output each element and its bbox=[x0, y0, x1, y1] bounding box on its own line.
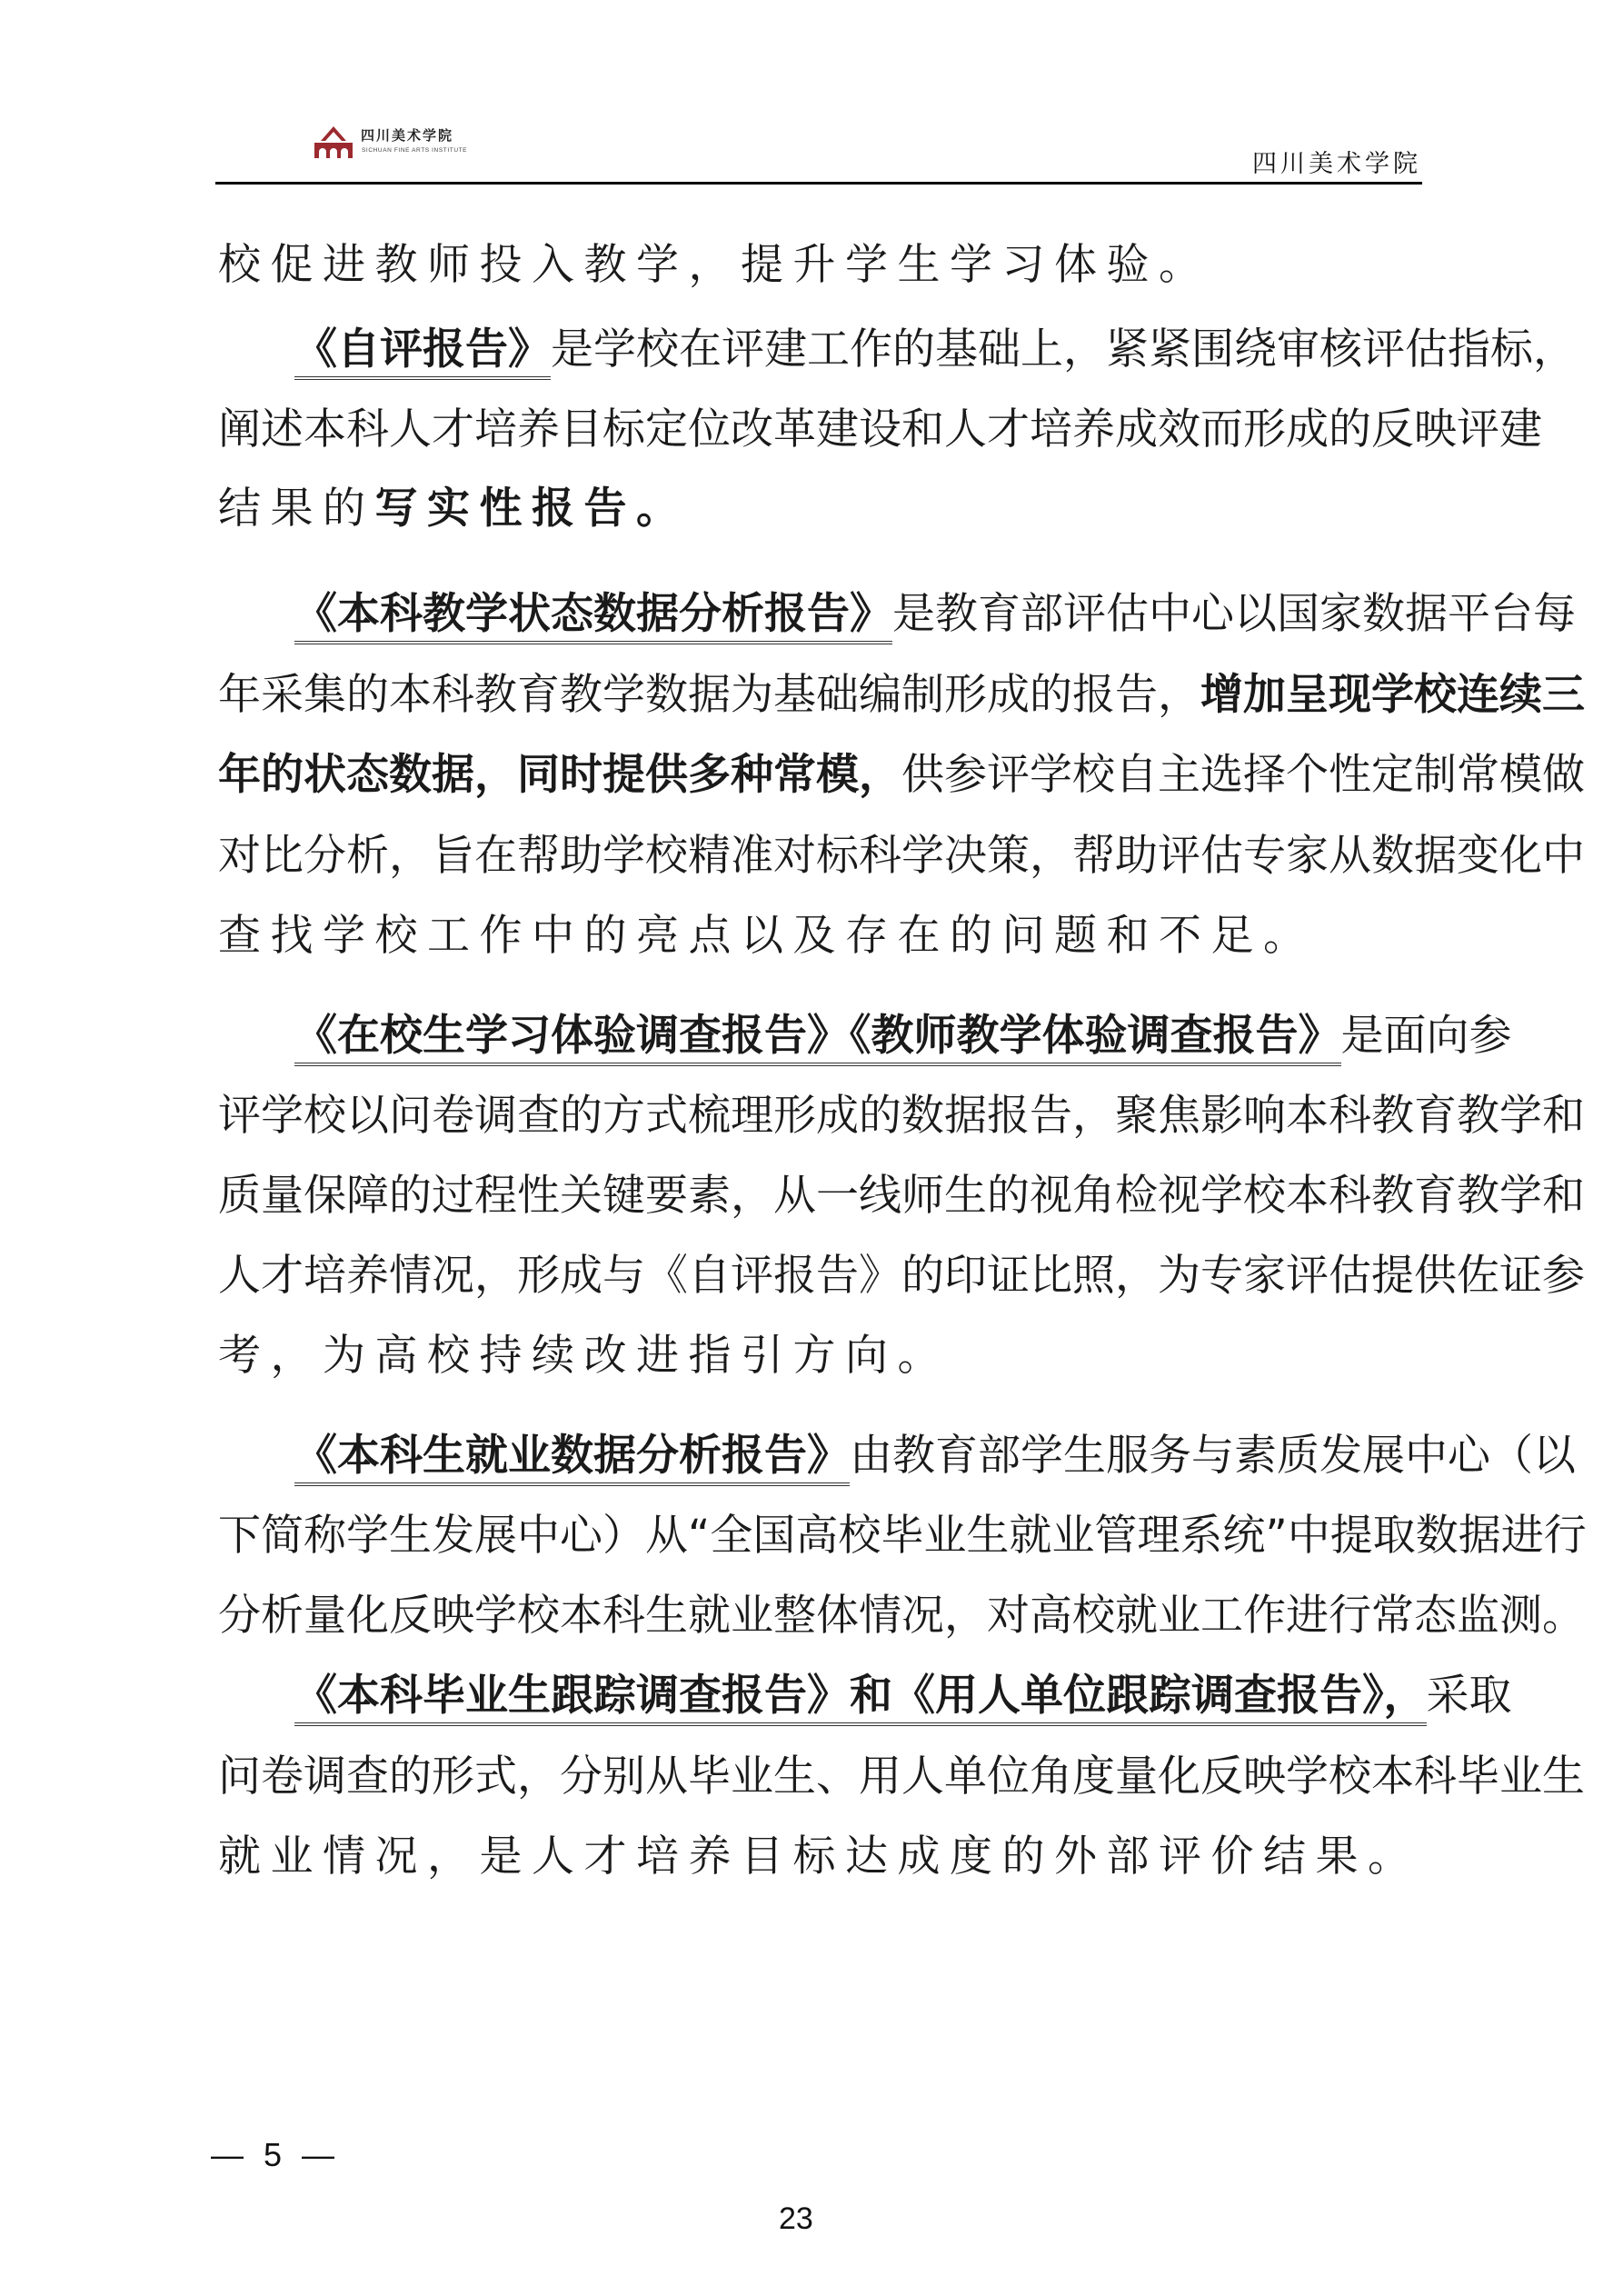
text-line: 考，为高校持续改进指引方向。 bbox=[218, 1329, 1419, 1383]
text-line: 查找学校工作中的亮点以及存在的问题和不足。 bbox=[218, 909, 1419, 963]
body-text-segment: 供参评学校自主选择个性定制常模做 bbox=[901, 750, 1585, 800]
body-text-segment: 评学校以问卷调查的方式梳理形成的数据报告，聚焦影响本科教育教学和 bbox=[218, 1091, 1585, 1141]
body-text-segment: 考，为高校持续改进指引方向。 bbox=[218, 1331, 950, 1381]
body-text-segment: 是教育部评估中心以国家数据平台每 bbox=[892, 589, 1576, 639]
text-line: 《本科教学状态数据分析报告》是教育部评估中心以国家数据平台每 bbox=[294, 587, 1419, 642]
text-line: 《在校生学习体验调查报告》《教师教学体验调查报告》是面向参 bbox=[294, 1009, 1419, 1063]
report-title-ref: 《在校生学习体验调查报告》《教师教学体验调查报告》 bbox=[294, 1011, 1341, 1066]
report-title-ref: 《自评报告》 bbox=[294, 324, 551, 380]
body-text-segment: 采取 bbox=[1427, 1671, 1512, 1721]
report-title-ref: 《本科毕业生跟踪调查报告》和《用人单位跟踪调查报告》， bbox=[294, 1671, 1427, 1726]
body-text-segment: 校促进教师投入教学，提升学生学习体验。 bbox=[218, 240, 1211, 290]
body-text-segment: 下简称学生发展中心）从“全国高校毕业生就业管理系统”中提取数据进行 bbox=[218, 1511, 1587, 1561]
document-page: 四川美术学院 SICHUAN FINE ARTS INSTITUTE 四川美术学… bbox=[0, 0, 1623, 2296]
report-title-ref: 《本科生就业数据分析报告》 bbox=[294, 1431, 850, 1486]
text-line: 质量保障的过程性关键要素，从一线师生的视角检视学校本科教育教学和 bbox=[218, 1169, 1419, 1223]
text-line: 《本科生就业数据分析报告》由教育部学生服务与素质发展中心（以 bbox=[294, 1429, 1419, 1483]
body-text-segment: 结果的 bbox=[218, 484, 375, 534]
text-line: 年的状态数据，同时提供多种常模，供参评学校自主选择个性定制常模做 bbox=[218, 748, 1419, 803]
text-line: 人才培养情况，形成与《自评报告》的印证比照，为专家评估提供佐证参 bbox=[218, 1249, 1419, 1303]
gate-logo-icon bbox=[314, 125, 353, 158]
text-line: 对比分析，旨在帮助学校精准对标科学决策，帮助评估专家从数据变化中 bbox=[218, 829, 1419, 883]
text-line: 《自评报告》是学校在评建工作的基础上，紧紧围绕审核评估指标， bbox=[294, 323, 1419, 377]
inner-page-number: — 5 — bbox=[211, 2136, 340, 2174]
report-title-ref: 《本科教学状态数据分析报告》 bbox=[294, 589, 892, 644]
body-text-segment: 阐述本科人才培养目标定位改革建设和人才培养成效而形成的反映评建 bbox=[218, 404, 1542, 454]
outer-page-number: 23 bbox=[779, 2201, 813, 2237]
header-school-name: 四川美术学院 bbox=[1252, 144, 1421, 179]
body-text-segment: 质量保障的过程性关键要素，从一线师生的视角检视学校本科教育教学和 bbox=[218, 1171, 1585, 1221]
body-text-segment: 人才培养情况，形成与《自评报告》的印证比照，为专家评估提供佐证参 bbox=[218, 1251, 1585, 1301]
body-text-segment: 查找学校工作中的亮点以及存在的问题和不足。 bbox=[218, 911, 1316, 961]
body-text-segment: 分析量化反映学校本科生就业整体情况，对高校就业工作进行常态监测。 bbox=[218, 1591, 1585, 1641]
text-line: 下简称学生发展中心）从“全国高校毕业生就业管理系统”中提取数据进行 bbox=[218, 1509, 1419, 1563]
text-line: 分析量化反映学校本科生就业整体情况，对高校就业工作进行常态监测。 bbox=[218, 1589, 1419, 1643]
body-text-segment: 问卷调查的形式，分别从毕业生、用人单位角度量化反映学校本科毕业生 bbox=[218, 1752, 1585, 1802]
logo-name-en: SICHUAN FINE ARTS INSTITUTE bbox=[362, 147, 467, 154]
text-line: 阐述本科人才培养目标定位改革建设和人才培养成效而形成的反映评建 bbox=[218, 403, 1419, 457]
emphasis-text: 增加呈现学校连续三 bbox=[1200, 670, 1585, 720]
text-line: 《本科毕业生跟踪调查报告》和《用人单位跟踪调查报告》，采取 bbox=[294, 1669, 1419, 1723]
text-line: 结果的写实性报告。 bbox=[218, 482, 1419, 536]
logo-name-cn: 四川美术学院 bbox=[361, 125, 453, 145]
body-text-segment: 对比分析，旨在帮助学校精准对标科学决策，帮助评估专家从数据变化中 bbox=[218, 831, 1585, 881]
emphasis-text: 写实性报告。 bbox=[375, 484, 689, 534]
text-line: 就业情况，是人才培养目标达成度的外部评价结果。 bbox=[218, 1830, 1419, 1884]
school-logo: 四川美术学院 SICHUAN FINE ARTS INSTITUTE bbox=[314, 125, 504, 162]
text-line: 问卷调查的形式，分别从毕业生、用人单位角度量化反映学校本科毕业生 bbox=[218, 1750, 1419, 1804]
header-divider bbox=[215, 182, 1422, 185]
body-text-segment: 年采集的本科教育教学数据为基础编制形成的报告， bbox=[218, 670, 1200, 720]
text-line: 评学校以问卷调查的方式梳理形成的数据报告，聚焦影响本科教育教学和 bbox=[218, 1089, 1419, 1143]
text-line: 年采集的本科教育教学数据为基础编制形成的报告，增加呈现学校连续三 bbox=[218, 668, 1419, 723]
body-text-segment: 就业情况，是人才培养目标达成度的外部评价结果。 bbox=[218, 1832, 1420, 1882]
body-text-segment: 是面向参 bbox=[1341, 1011, 1512, 1061]
emphasis-text: 年的状态数据，同时提供多种常模， bbox=[218, 750, 901, 800]
body-text-segment: 是学校在评建工作的基础上，紧紧围绕审核评估指标， bbox=[551, 324, 1576, 374]
text-line: 校促进教师投入教学，提升学生学习体验。 bbox=[218, 238, 1419, 293]
body-text-segment: 由教育部学生服务与素质发展中心（以 bbox=[850, 1431, 1576, 1481]
